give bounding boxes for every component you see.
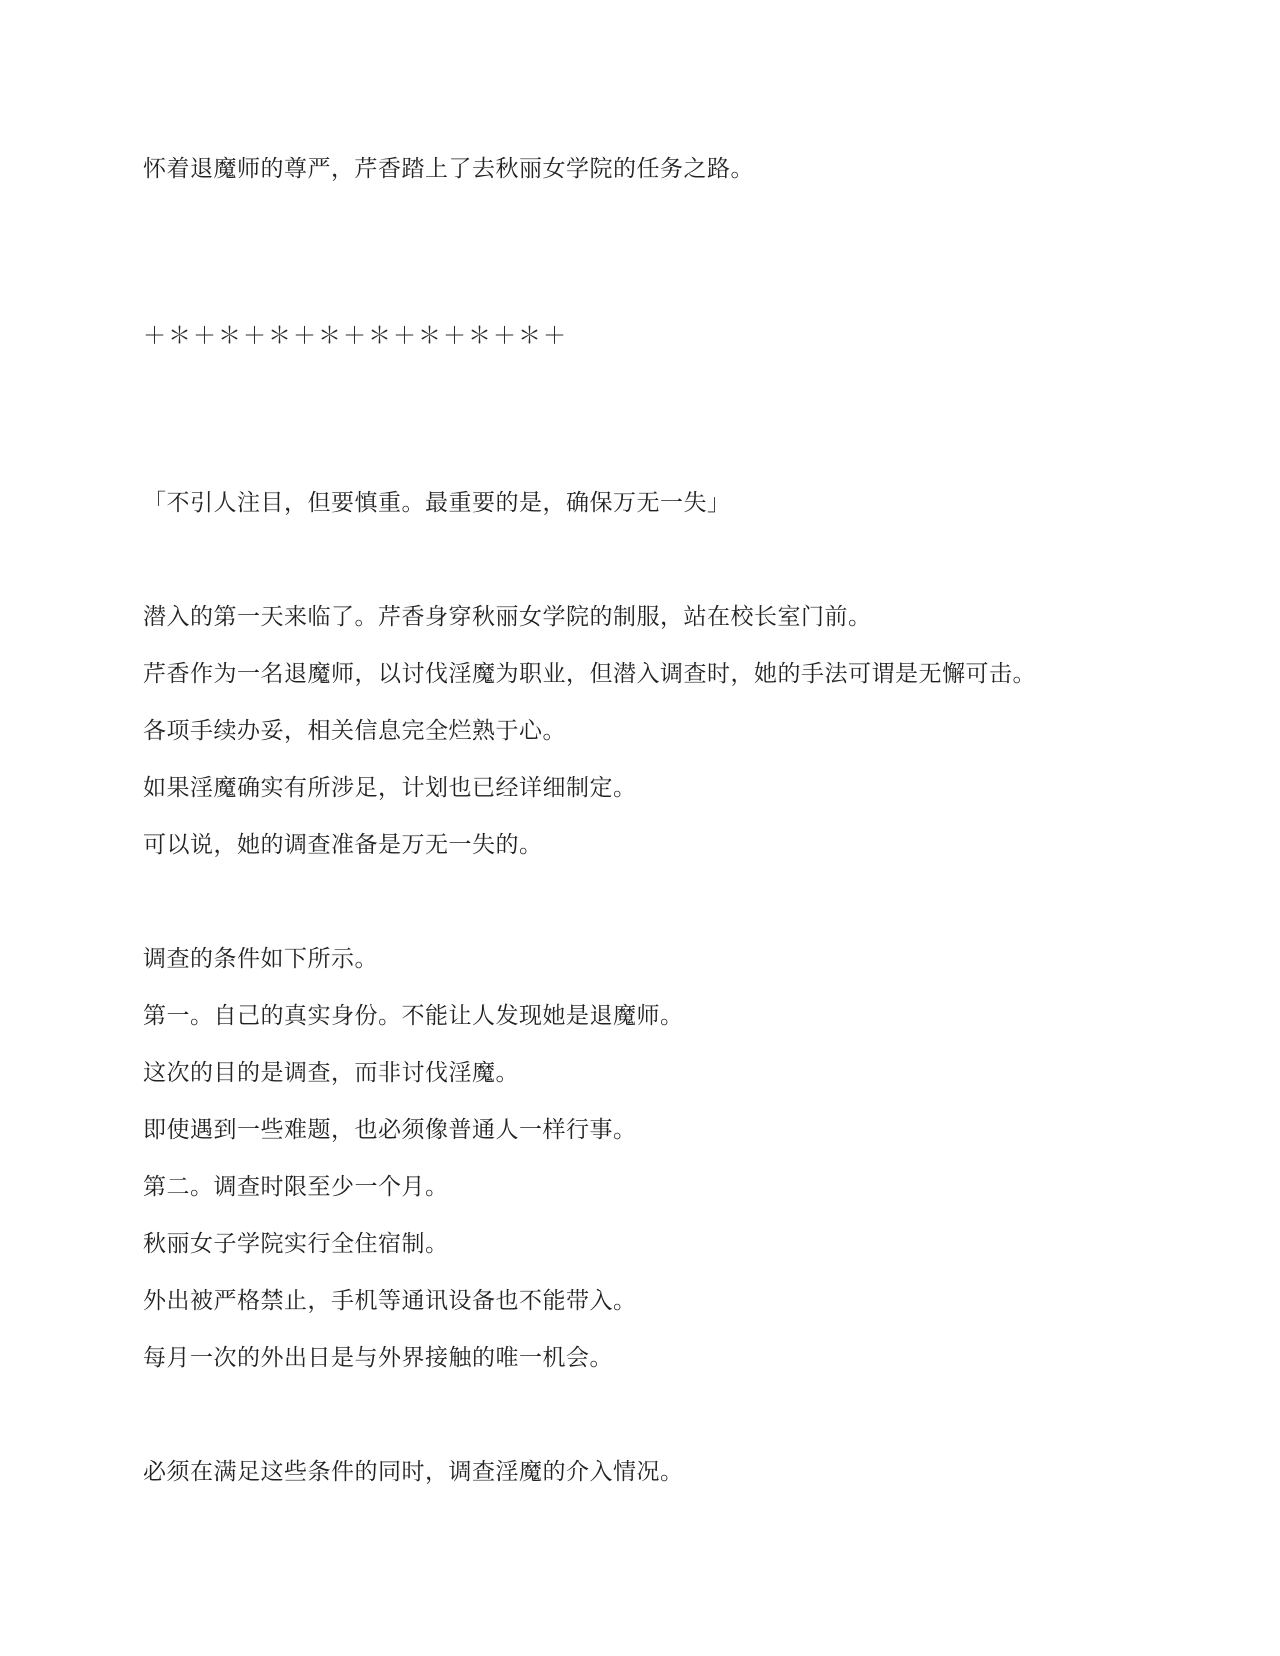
narration-line: 可以说，她的调查准备是万无一失的。	[143, 816, 1180, 873]
narration-line: 各项手续办妥，相关信息完全烂熟于心。	[143, 702, 1180, 759]
text-column: 怀着退魔师的尊严，芹香踏上了去秋丽女学院的任务之路。 ＋＊＋＊＋＊＋＊＋＊＋＊＋…	[143, 140, 1180, 1500]
narration-line: 即使遇到一些难题，也必须像普通人一样行事。	[143, 1101, 1180, 1158]
narration-line: 如果淫魔确实有所涉足，计划也已经详细制定。	[143, 759, 1180, 816]
document-page: 怀着退魔师的尊严，芹香踏上了去秋丽女学院的任务之路。 ＋＊＋＊＋＊＋＊＋＊＋＊＋…	[0, 0, 1280, 1656]
condition-line: 第二。调查时限至少一个月。	[143, 1158, 1180, 1215]
narration-line: 必须在满足这些条件的同时，调查淫魔的介入情况。	[143, 1443, 1180, 1500]
narration-line: 外出被严格禁止，手机等通讯设备也不能带入。	[143, 1272, 1180, 1329]
narration-line: 调查的条件如下所示。	[143, 930, 1180, 987]
scene-separator: ＋＊＋＊＋＊＋＊＋＊＋＊＋＊＋＊＋	[143, 307, 1180, 364]
narration-line: 潜入的第一天来临了。芹香身穿秋丽女学院的制服，站在校长室门前。	[143, 588, 1180, 645]
dialogue-line: 「不引人注目，但要慎重。最重要的是，确保万无一失」	[143, 474, 1180, 531]
narration-line: 怀着退魔师的尊严，芹香踏上了去秋丽女学院的任务之路。	[143, 140, 1180, 197]
narration-line: 芹香作为一名退魔师，以讨伐淫魔为职业，但潜入调查时，她的手法可谓是无懈可击。	[143, 645, 1180, 702]
narration-line: 每月一次的外出日是与外界接触的唯一机会。	[143, 1329, 1180, 1386]
narration-line: 这次的目的是调查，而非讨伐淫魔。	[143, 1044, 1180, 1101]
narration-line: 秋丽女子学院实行全住宿制。	[143, 1215, 1180, 1272]
condition-line: 第一。自己的真实身份。不能让人发现她是退魔师。	[143, 987, 1180, 1044]
